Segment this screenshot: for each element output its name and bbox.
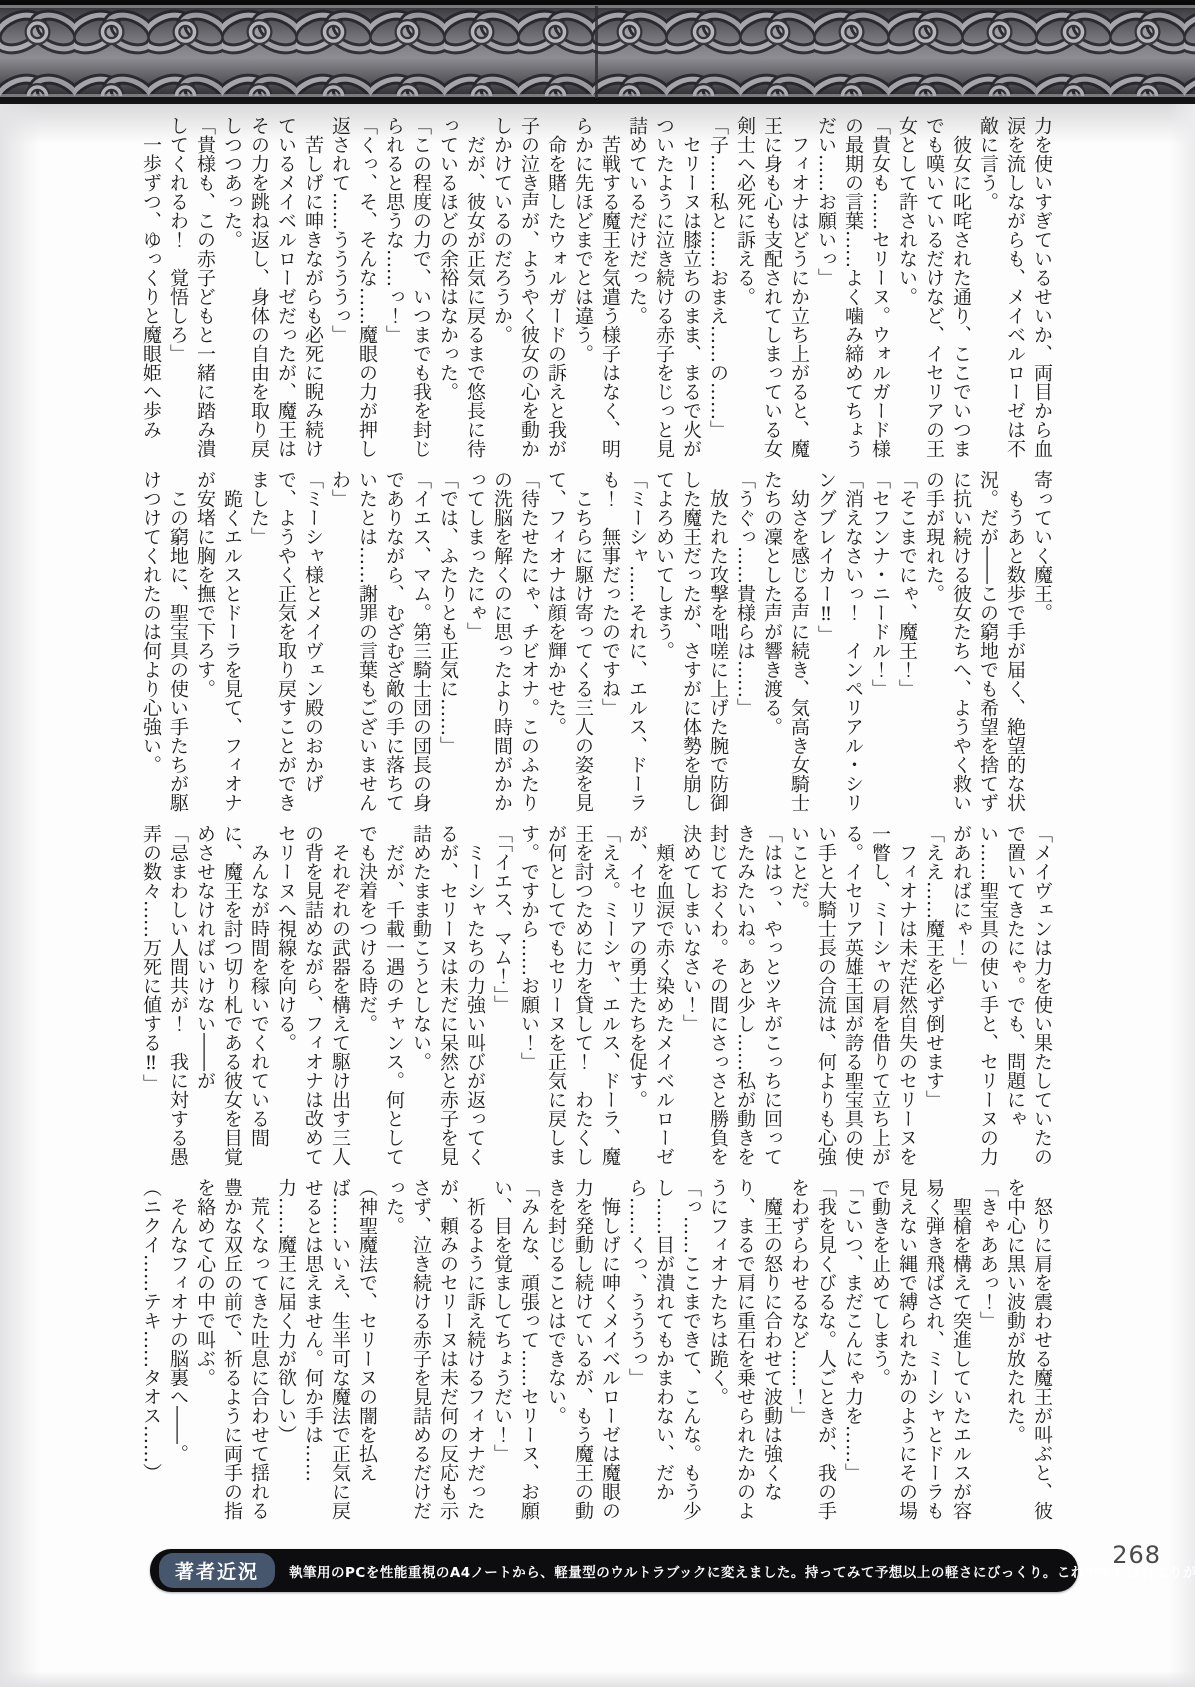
paragraph: 「ええ。ミーシャ、エルス、ドーラ、魔王を討つために力を貸して！ わたくしが何とし… — [515, 824, 623, 1166]
paragraph: （神聖魔法で、セリーヌの闇を払えば……いいえ、生半可な魔法で正気に戻せるとは思え… — [272, 1178, 380, 1520]
paragraph: 怒りに肩を震わせる魔王が叫ぶと、彼を中心に黒い波動が放たれた。 — [1001, 1178, 1055, 1520]
paragraph: もうあと数歩で手が届く、絶望的な状況。だが――この窮地でも希望を捨てずに抗い続け… — [920, 470, 1028, 812]
paragraph: 「っ……ここまできて、こんな。もう少し……目が潰れてもかまわない、だから……くっ… — [623, 1178, 704, 1520]
paragraph: 幼さを感じる声に続き、気高き女騎士たちの凜とした声が響き渡る。 — [758, 470, 812, 812]
magazine-page: { "page": { "number": "268" }, "colors":… — [0, 0, 1195, 1687]
paragraph: 寄っていく魔王。 — [1028, 470, 1055, 812]
paragraph: フィオナは未だ茫然自失のセリーヌを一瞥し、ミーシャの肩を借りて立ち上がる。イセリ… — [785, 824, 920, 1166]
paragraph: 一歩ずつ、ゆっくりと魔眼姫へ歩み — [137, 116, 164, 458]
paragraph: 魔王の怒りに合わせて波動は強くなり、まるで肩に重石を乗せられたかのようにフィオナ… — [704, 1178, 785, 1520]
paragraph: 「メイヴェンは力を使い果たしていたので置いてきたにゃ。でも、問題にゃい……聖宝具… — [947, 824, 1055, 1166]
paragraph: 「我を見くびるな。人ごときが、我の手をわずらわせるなど……！」 — [785, 1178, 839, 1520]
paragraph: 「きゃああっ！」 — [974, 1178, 1001, 1520]
paragraph: 「こいつ、まだこんにゃ力を……」 — [839, 1178, 866, 1520]
paragraph: 「では、ふたりとも正気に……」 — [434, 470, 461, 812]
knot-border-graphic — [0, 0, 1195, 104]
paragraph: 「貴女も……セリーヌ。ウォルガード様の最期の言葉……よく噛み締めてちょうだい……… — [812, 116, 893, 458]
paragraph: それぞれの武器を構えて駆け出す三人の背を見詰めながら、フィオナは改めてセリーヌへ… — [272, 824, 353, 1166]
text-band-3: 「メイヴェンは力を使い果たしていたので置いてきたにゃ。でも、問題にゃい……聖宝具… — [128, 824, 1055, 1166]
paragraph: 「うぐっ……貴様らは……」 — [731, 470, 758, 812]
paragraph: そんなフィオナの脳裏へ――。 — [164, 1178, 191, 1520]
paragraph: 苦戦する魔王を気遣う様子はなく、明らかに先ほどまでとは違う。 — [569, 116, 623, 458]
paragraph: 「ははっ、やっとツキがこっちに回ってきたみたいね。あと少し……私が動きを封じてお… — [677, 824, 785, 1166]
page-right-shading — [1169, 104, 1195, 1687]
paragraph: 「消えなさいっ！ インペリアル・シリングブレイカー‼」 — [812, 470, 866, 812]
paragraph: だが、千載一遇のチャンス。何としてでも決着をつける時だ。 — [353, 824, 407, 1166]
paragraph: 祈るように訴え続けるフィオナだったが、頼みのセリーヌは未だ何の反応も示さず、泣き… — [380, 1178, 488, 1520]
paragraph: 頬を血涙で赤く染めたメイベルローゼが、イセリアの勇士たちを促す。 — [623, 824, 677, 1166]
paragraph: 「忌まわしい人間共が！ 我に対する愚弄の数々……万死に値する‼」 — [137, 824, 191, 1166]
paragraph: 「くっ、そ、そんな……魔眼の力が押し返されて……ううううっ」 — [326, 116, 380, 458]
paragraph: 放たれた攻撃を咄嗟に上げた腕で防御した魔王だったが、さすがに体勢を崩してよろめい… — [650, 470, 731, 812]
paragraph: 「貴様も、この赤子どもと一緒に踏み潰してくれるわ！ 覚悟しろ」 — [164, 116, 218, 458]
paragraph: 力を使いすぎているせいか、両目から血涙を流しながらも、メイベルローゼは不敵に言う… — [974, 116, 1055, 458]
paragraph: 「待たせたにゃ、チビオナ。このふたりの洗脳を解くのに思ったより時間がかかってしま… — [461, 470, 542, 812]
paragraph: 彼女に叱咤された通り、ここでいつまでも嘆いているだけなど、イセリアの王女として許… — [893, 116, 974, 458]
paragraph: この窮地に、聖宝具の使い手たちが駆けつけてくれたのは何より心強い。 — [137, 470, 191, 812]
paragraph: 命を賭したウォルガードの訴えと我が子の泣き声が、ようやく彼女の心を動かしかけてい… — [488, 116, 569, 458]
author-note-text: 執筆用のPCを性能重視のA4ノートから、軽量型のウルトラブックに変えました。持っ… — [289, 1561, 1195, 1581]
paragraph: 「セフンナ・ニードル！」 — [866, 470, 893, 812]
text-band-1: 力を使いすぎているせいか、両目から血涙を流しながらも、メイベルローゼは不敵に言う… — [128, 116, 1055, 458]
paragraph: 「イエス、マム。第三騎士団の団長の身でありながら、むざむざ敵の手に落ちていたとは… — [326, 470, 434, 812]
paragraph: フィオナはどうにか立ち上がると、魔王に身も心も支配されてしまっている女剣士へ必死… — [731, 116, 812, 458]
page-bottom-shading — [0, 1671, 1195, 1687]
paragraph: ミーシャたちの力強い叫びが返ってくるが、セリーヌは未だに呆然と赤子を見詰めたまま… — [407, 824, 488, 1166]
text-band-4: 怒りに肩を震わせる魔王が叫ぶと、彼を中心に黒い波動が放たれた。「きゃああっ！」 … — [128, 1178, 1055, 1520]
paragraph: 悔しげに呻くメイベルローゼは魔眼の力を発動し続けているが、もう魔王の動きを封じる… — [542, 1178, 623, 1520]
paragraph: 「子……私と……おまえ……の……」 — [704, 116, 731, 458]
paragraph: 「「イエス、マム！」」 — [488, 824, 515, 1166]
paragraph: 「ええ……魔王を必ず倒せます」 — [920, 824, 947, 1166]
author-note-bar: 著者近況 執筆用のPCを性能重視のA4ノートから、軽量型のウルトラブックに変えま… — [150, 1549, 1078, 1592]
text-band-2: 寄っていく魔王。 もうあと数歩で手が届く、絶望的な状況。だが――この窮地でも希望… — [128, 470, 1055, 812]
paragraph: （ニクイ……テキ……タオス……） — [137, 1178, 164, 1520]
paragraph: 「ミーシャ……それに、エルス、ドーラも！ 無事だったのですね」 — [596, 470, 650, 812]
paragraph: 荒くなってきた吐息に合わせて揺れる豊かな双丘の前で、祈るように両手の指を絡めて心… — [191, 1178, 272, 1520]
paragraph: 「この程度の力で、いつまでも我を封じられると思うな……っ！」 — [380, 116, 434, 458]
paragraph: 跪くエルスとドーラを見て、フィオナが安堵に胸を撫で下ろす。 — [191, 470, 245, 812]
page-left-shading — [0, 104, 40, 1687]
page-number: 268 — [1112, 1541, 1161, 1569]
paragraph: セリーヌは膝立ちのまま、まるで火がついたように泣き続ける赤子をじっと見詰めている… — [623, 116, 704, 458]
celtic-knot-metal-border — [0, 0, 1195, 104]
paragraph: 「みんな、頑張って……セリーヌ、お願い、目を覚ましてちょうだい！」 — [488, 1178, 542, 1520]
paragraph: みんなが時間を稼いでくれている間に、魔王を討つ切り札である彼女を目覚めさせなけれ… — [191, 824, 272, 1166]
paragraph: 「ミーシャ様とメイヴェン殿のおかげで、ようやく正気を取り戻すことができました」 — [245, 470, 326, 812]
paragraph: だが、彼女が正気に戻るまで悠長に待っているほどの余裕はなかった。 — [434, 116, 488, 458]
paragraph: 「そこまでにゃ、魔王！」 — [893, 470, 920, 812]
author-note-label: 著者近況 — [159, 1553, 275, 1588]
paragraph: 聖槍を構えて突進していたエルスが容易く弾き飛ばされ、ミーシャとドーラも見えない縄… — [866, 1178, 974, 1520]
paragraph: 苦しげに呻きながらも必死に睨み続けているメイベルローゼだったが、魔王はその力を跳… — [218, 116, 326, 458]
paragraph: こちらに駆け寄ってくる三人の姿を見て、フィオナは顔を輝かせた。 — [542, 470, 596, 812]
